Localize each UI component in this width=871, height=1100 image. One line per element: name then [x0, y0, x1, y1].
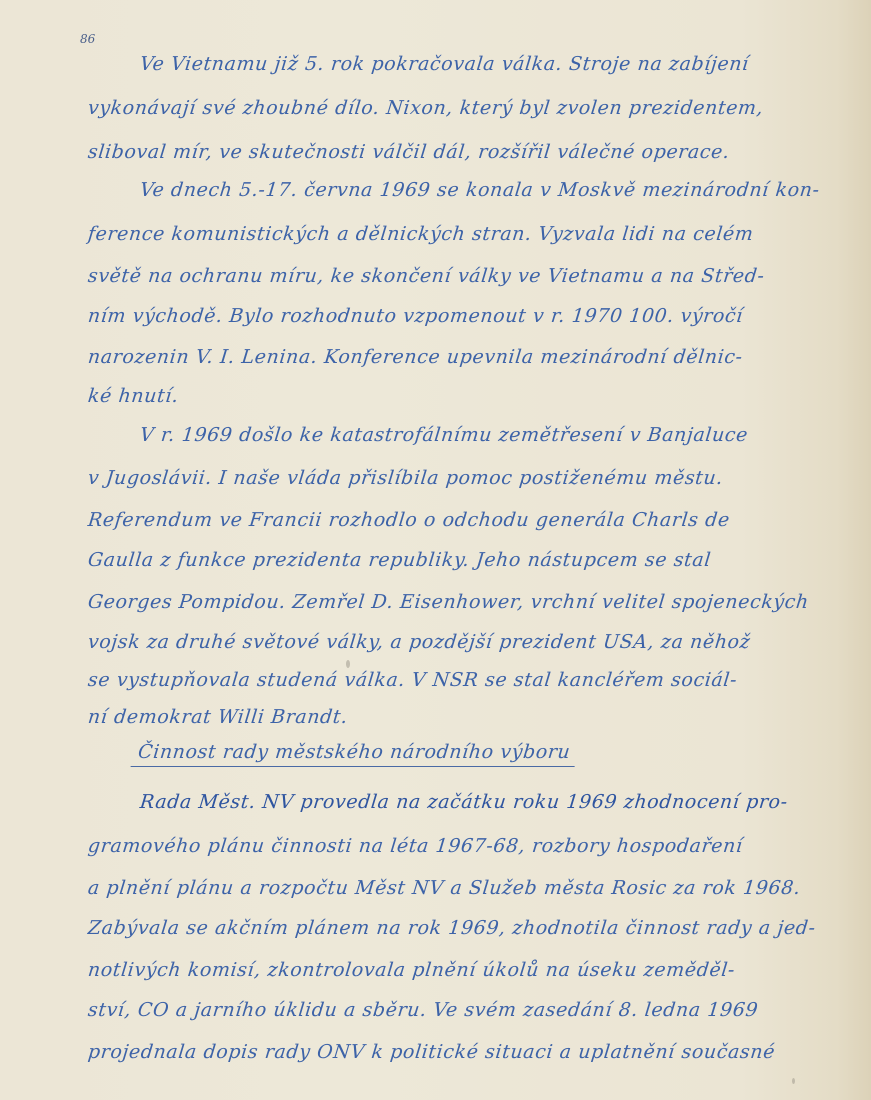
- text-line: sliboval mír, ve skutečnosti válčil dál,…: [87, 140, 871, 164]
- handwritten-page: 86 Ve Vietnamu již 5. rok pokračovala vá…: [0, 0, 871, 1100]
- text-line: Ve dnech 5.-17. června 1969 se konala v …: [139, 178, 871, 202]
- text-line: světě na ochranu míru, ke skončení války…: [87, 264, 871, 288]
- text-line: ference komunistických a dělnických stra…: [87, 222, 871, 246]
- text-line: v Jugoslávii. I naše vláda přislíbila po…: [87, 466, 871, 490]
- text-line: Gaulla z funkce prezidenta republiky. Je…: [87, 548, 871, 572]
- text-line: projednala dopis rady ONV k politické si…: [87, 1040, 871, 1064]
- text-line: vykonávají své zhoubné dílo. Nixon, kter…: [87, 96, 871, 120]
- text-line: a plnění plánu a rozpočtu Měst NV a Služ…: [87, 876, 871, 900]
- text-line: Zabývala se akčním plánem na rok 1969, z…: [87, 916, 871, 940]
- text-line: narozenin V. I. Lenina. Konference upevn…: [87, 345, 871, 369]
- text-line: V r. 1969 došlo ke katastrofálnímu zemět…: [139, 423, 871, 447]
- paper-spot: [792, 1078, 795, 1084]
- text-line: se vystupňovala studená válka. V NSR se …: [87, 668, 871, 692]
- text-line: ní demokrat Willi Brandt.: [87, 705, 871, 729]
- text-line: ním východě. Bylo rozhodnuto vzpomenout …: [87, 304, 871, 328]
- text-line: Rada Měst. NV provedla na začátku roku 1…: [139, 790, 871, 814]
- text-line: ství, CO a jarního úklidu a sběru. Ve sv…: [87, 998, 871, 1022]
- text-line: Referendum ve Francii rozhodlo o odchodu…: [87, 508, 871, 532]
- paper-spot: [346, 660, 350, 668]
- section-heading: Činnost rady městského národního výboru: [131, 740, 578, 767]
- page-number: 86: [80, 32, 95, 46]
- text-line: vojsk za druhé světové války, a pozdější…: [87, 630, 871, 654]
- text-line: Ve Vietnamu již 5. rok pokračovala válka…: [139, 52, 871, 76]
- text-line: notlivých komisí, zkontrolovala plnění ú…: [87, 958, 871, 982]
- text-line: Georges Pompidou. Zemřel D. Eisenhower, …: [87, 590, 871, 614]
- text-line: gramového plánu činnosti na léta 1967-68…: [87, 834, 871, 858]
- text-line: ké hnutí.: [87, 384, 871, 408]
